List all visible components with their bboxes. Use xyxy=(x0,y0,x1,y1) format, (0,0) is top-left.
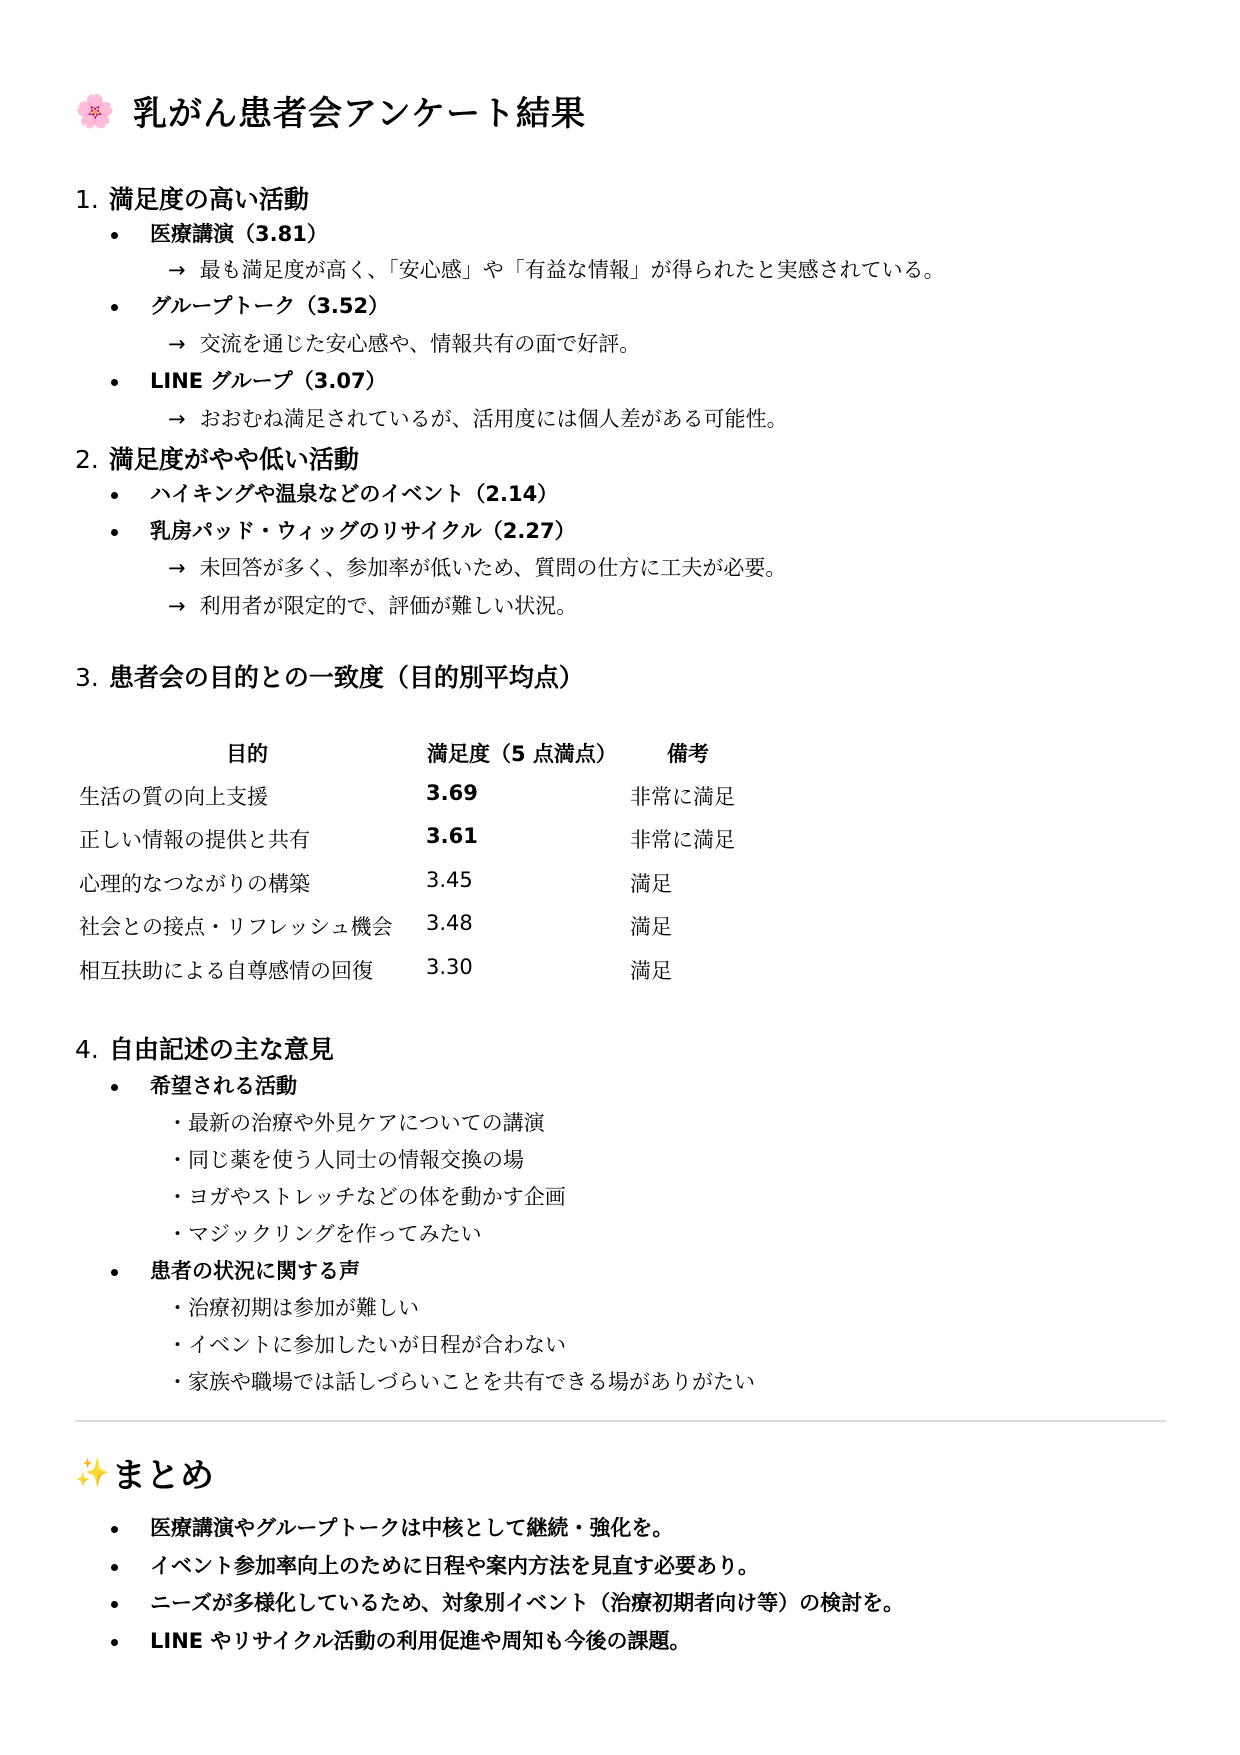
arrow-right-icon: → xyxy=(168,556,186,580)
summary-item-text: ニーズが多様化しているため、対象別イベント（治療初期者向け等）の検討を。 xyxy=(150,1587,904,1617)
list-item-note: →交流を通じた安心感や、情報共有の面で好評。 xyxy=(168,328,640,358)
note-text: 未回答が多く、参加率が低いため、質問の仕方に工夫が必要。 xyxy=(200,556,787,580)
summary-heading-text: まとめ xyxy=(112,1448,214,1497)
table-header-score: 満足度（5 点満点） xyxy=(427,738,617,768)
bullet-icon xyxy=(111,379,118,386)
section-heading-text: 満足度がやや低い活動 xyxy=(109,445,359,474)
horizontal-divider xyxy=(75,1420,1166,1422)
section-heading-text: 自由記述の主な意見 xyxy=(109,1035,334,1064)
list-item: 希望される活動 xyxy=(111,1070,297,1100)
sub-item: ・最新の治療や外見ケアについての講演 xyxy=(167,1107,545,1137)
bullet-icon xyxy=(111,1639,118,1646)
list-item-label: 患者の状況に関する声 xyxy=(150,1255,360,1285)
summary-item-text: 医療講演やグループトークは中核として継続・強化を。 xyxy=(150,1512,673,1542)
section-2-heading: 2.満足度がやや低い活動 xyxy=(75,440,359,476)
table-cell-purpose: 正しい情報の提供と共有 xyxy=(79,824,310,854)
table-cell-purpose: 相互扶助による自尊感情の回復 xyxy=(79,955,373,985)
section-3-heading: 3.患者会の目的との一致度（目的別平均点） xyxy=(75,658,584,694)
table-header-purpose: 目的 xyxy=(226,738,268,768)
note-text: おおむね満足されているが、活用度には個人差がある可能性。 xyxy=(200,407,788,431)
section-number: 1. xyxy=(75,185,99,214)
list-item: グループトーク（3.52） xyxy=(111,290,389,320)
table-cell-remark: 満足 xyxy=(630,911,672,941)
list-item: ハイキングや温泉などのイベント（2.14） xyxy=(111,478,558,508)
list-item-label: 乳房パッド・ウィッグのリサイクル（2.27） xyxy=(150,515,576,545)
bullet-icon xyxy=(111,1526,118,1533)
sub-item: ・イベントに参加したいが日程が合わない xyxy=(167,1329,566,1359)
table-header-remark: 備考 xyxy=(667,738,709,768)
table-cell-purpose: 生活の質の向上支援 xyxy=(79,781,268,811)
bullet-icon xyxy=(111,1601,118,1608)
document-page: 🌸 乳がん患者会アンケート結果 1.満足度の高い活動 医療講演（3.81） →最… xyxy=(0,0,1240,1755)
list-item-label: 医療講演（3.81） xyxy=(150,218,328,248)
summary-item-text: LINE やリサイクル活動の利用促進や周知も今後の課題。 xyxy=(150,1625,690,1655)
list-item-label: ハイキングや温泉などのイベント（2.14） xyxy=(150,478,558,508)
summary-item: イベント参加率向上のために日程や案内方法を見直す必要あり。 xyxy=(111,1550,759,1580)
note-text: 最も満足度が高く、「安心感」や「有益な情報」が得られたと実感されている。 xyxy=(200,258,945,282)
bullet-icon xyxy=(111,304,118,311)
summary-item: ニーズが多様化しているため、対象別イベント（治療初期者向け等）の検討を。 xyxy=(111,1587,904,1617)
summary-item-text: イベント参加率向上のために日程や案内方法を見直す必要あり。 xyxy=(150,1550,759,1580)
sparkles-icon: ✨ xyxy=(75,1456,110,1489)
table-cell-remark: 非常に満足 xyxy=(630,824,735,854)
list-item-label: 希望される活動 xyxy=(150,1070,297,1100)
table-cell-remark: 満足 xyxy=(630,868,672,898)
table-cell-score: 3.45 xyxy=(426,868,473,892)
section-number: 4. xyxy=(75,1035,99,1064)
table-cell-remark: 満足 xyxy=(630,955,672,985)
page-title-text: 乳がん患者会アンケート結果 xyxy=(133,86,586,135)
bullet-icon xyxy=(111,1269,118,1276)
arrow-right-icon: → xyxy=(168,594,186,618)
table-cell-purpose: 心理的なつながりの構築 xyxy=(79,868,310,898)
table-cell-remark: 非常に満足 xyxy=(630,781,735,811)
sub-item: ・治療初期は参加が難しい xyxy=(167,1292,419,1322)
bullet-icon xyxy=(111,1084,118,1091)
note-text: 利用者が限定的で、評価が難しい状況。 xyxy=(200,594,578,618)
table-cell-score: 3.69 xyxy=(426,781,478,805)
cherry-blossom-icon: 🌸 xyxy=(75,92,115,130)
bullet-icon xyxy=(111,529,118,536)
section-heading-text: 満足度の高い活動 xyxy=(109,185,309,214)
list-item-note: →おおむね満足されているが、活用度には個人差がある可能性。 xyxy=(168,403,788,433)
table-cell-score: 3.61 xyxy=(426,824,478,848)
section-1-heading: 1.満足度の高い活動 xyxy=(75,180,309,216)
arrow-right-icon: → xyxy=(168,332,186,356)
sub-item: ・マジックリングを作ってみたい xyxy=(167,1218,482,1248)
sub-item: ・家族や職場では話しづらいことを共有できる場がありがたい xyxy=(167,1366,755,1396)
section-4-heading: 4.自由記述の主な意見 xyxy=(75,1030,334,1066)
list-item-note: →最も満足度が高く、「安心感」や「有益な情報」が得られたと実感されている。 xyxy=(168,254,945,284)
page-title: 🌸 乳がん患者会アンケート結果 xyxy=(75,86,586,135)
list-item-label: LINE グループ（3.07） xyxy=(150,365,387,395)
section-number: 3. xyxy=(75,663,99,692)
arrow-right-icon: → xyxy=(168,407,186,431)
summary-item: LINE やリサイクル活動の利用促進や周知も今後の課題。 xyxy=(111,1625,690,1655)
bullet-icon xyxy=(111,492,118,499)
list-item-label: グループトーク（3.52） xyxy=(150,290,389,320)
list-item-note: →未回答が多く、参加率が低いため、質問の仕方に工夫が必要。 xyxy=(168,552,786,582)
section-heading-text: 患者会の目的との一致度（目的別平均点） xyxy=(109,663,584,692)
bullet-icon xyxy=(111,1564,118,1571)
list-item-note: →利用者が限定的で、評価が難しい状況。 xyxy=(168,590,577,620)
summary-item: 医療講演やグループトークは中核として継続・強化を。 xyxy=(111,1512,673,1542)
list-item: 医療講演（3.81） xyxy=(111,218,328,248)
summary-heading: ✨ まとめ xyxy=(75,1448,214,1497)
sub-item: ・同じ薬を使う人同士の情報交換の場 xyxy=(167,1144,524,1174)
arrow-right-icon: → xyxy=(168,258,186,282)
table-cell-score: 3.30 xyxy=(426,955,473,979)
note-text: 交流を通じた安心感や、情報共有の面で好評。 xyxy=(200,332,641,356)
section-number: 2. xyxy=(75,445,99,474)
bullet-icon xyxy=(111,232,118,239)
table-cell-purpose: 社会との接点・リフレッシュ機会 xyxy=(79,911,393,941)
list-item: LINE グループ（3.07） xyxy=(111,365,387,395)
table-cell-score: 3.48 xyxy=(426,911,473,935)
list-item: 患者の状況に関する声 xyxy=(111,1255,360,1285)
list-item: 乳房パッド・ウィッグのリサイクル（2.27） xyxy=(111,515,576,545)
sub-item: ・ヨガやストレッチなどの体を動かす企画 xyxy=(167,1181,566,1211)
